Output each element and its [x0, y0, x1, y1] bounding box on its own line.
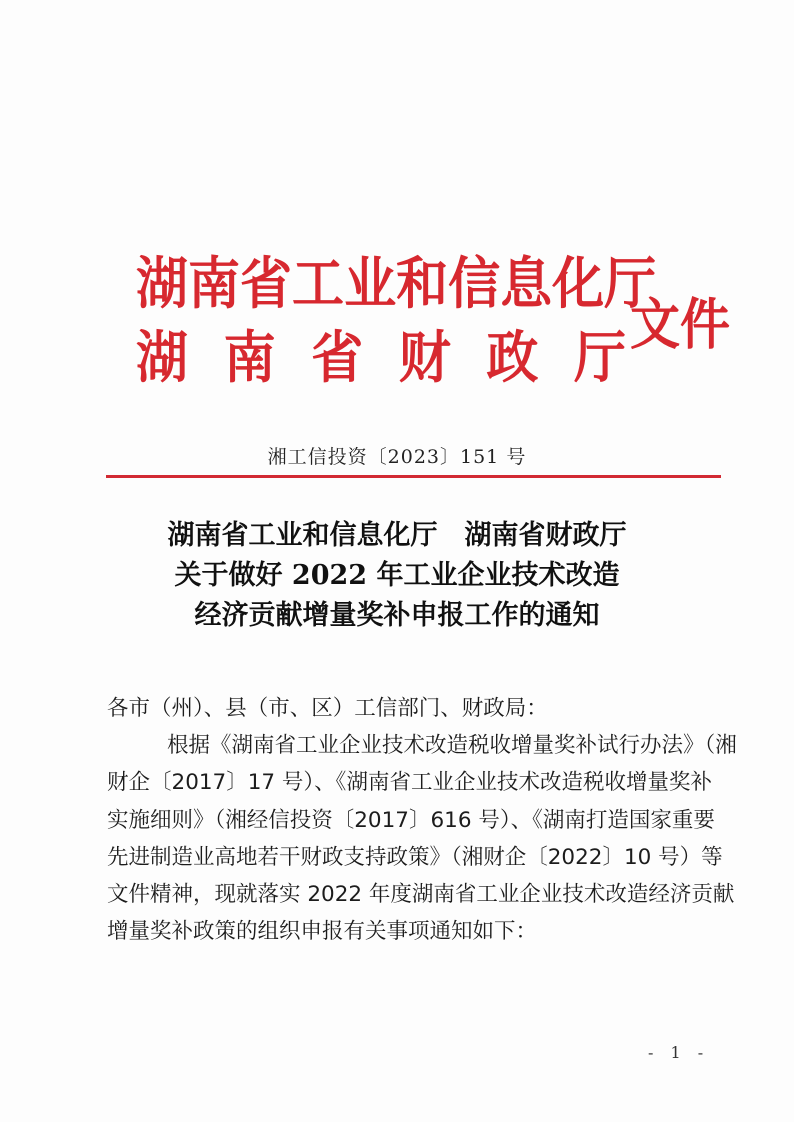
masthead-char: 和: [396, 252, 448, 317]
masthead-suffix: 文件: [630, 292, 730, 358]
paragraph-line: 财企〔2017〕17 号）、《湖南省工业企业技术改造税收增量奖补: [107, 764, 712, 801]
masthead-char: 南: [224, 326, 276, 391]
masthead-char: 息: [500, 252, 552, 317]
document-number: 湘工信投资〔2023〕151 号: [0, 445, 794, 469]
masthead-char: 信: [448, 252, 500, 317]
title-line: 关于做好 2022 年工业企业技术改造: [0, 556, 794, 596]
red-masthead: 湖 南 省 工 业 和 信 息 化 厅 湖 南 省 财 政 厅 文件: [130, 248, 740, 398]
document-body: 各市（州）、县（市、区）工信部门、财政局： 根据《湖南省工业企业技术改造税收增量…: [107, 690, 717, 950]
paragraph-line: 增量奖补政策的组织申报有关事项通知如下：: [107, 913, 717, 950]
page-number: - 1 -: [648, 1043, 709, 1062]
red-divider-line: [106, 475, 721, 478]
paragraph-line: 文件精神，现就落实 2022 年度湖南省工业企业技术改造经济贡献: [107, 876, 712, 913]
masthead-char: 省: [311, 326, 363, 391]
paragraph-line: 根据《湖南省工业企业技术改造税收增量奖补试行办法》（湘: [107, 727, 712, 764]
masthead-char: 厅: [574, 326, 626, 391]
document-title: 湖南省工业和信息化厅 湖南省财政厅 关于做好 2022 年工业企业技术改造 经济…: [0, 516, 794, 636]
masthead-char: 省: [240, 252, 292, 317]
paragraph-line: 实施细则》（湘经信投资〔2017〕616 号）、《湖南打造国家重要: [107, 802, 712, 839]
salutation: 各市（州）、县（市、区）工信部门、财政局：: [107, 690, 717, 727]
masthead-char: 化: [552, 252, 604, 317]
masthead-char: 工: [292, 252, 344, 317]
title-line: 湖南省工业和信息化厅 湖南省财政厅: [0, 516, 794, 556]
masthead-char: 政: [486, 326, 538, 391]
paragraph-line: 先进制造业高地若干财政支持政策》（湘财企〔2022〕10 号）等: [107, 839, 712, 876]
title-line: 经济贡献增量奖补申报工作的通知: [0, 596, 794, 636]
masthead-char: 财: [399, 326, 451, 391]
masthead-char: 业: [344, 252, 396, 317]
masthead-issuer-1: 湖 南 省 工 业 和 信 息 化 厅: [136, 252, 626, 317]
document-page: 湖 南 省 工 业 和 信 息 化 厅 湖 南 省 财 政 厅 文件 湘工信投资…: [0, 0, 794, 1122]
masthead-char: 湖: [136, 326, 188, 391]
masthead-char: 南: [188, 252, 240, 317]
masthead-char: 湖: [136, 252, 188, 317]
masthead-issuer-2: 湖 南 省 财 政 厅: [136, 326, 626, 391]
